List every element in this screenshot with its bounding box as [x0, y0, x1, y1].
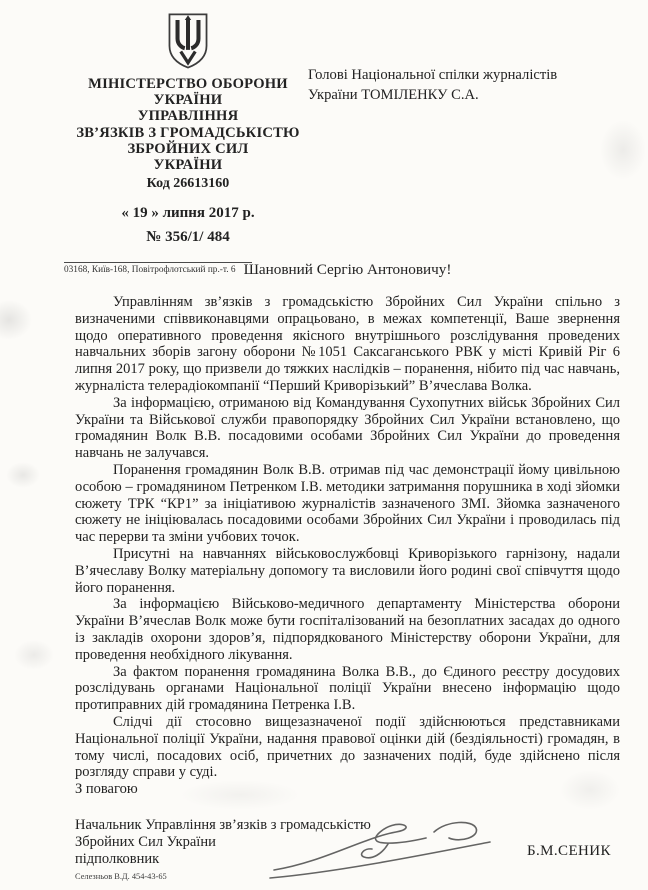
letter-date: « 19 » липня 2017 р. — [62, 205, 314, 222]
org-line: УКРАЇНИ — [62, 92, 314, 108]
body-paragraph: Присутні на навчаннях військовослужбовці… — [75, 546, 620, 596]
scan-smudge — [0, 300, 32, 340]
body-paragraph: Поранення громадянин Волк В.В. отримав п… — [75, 462, 620, 546]
org-line: УКРАЇНИ — [62, 157, 314, 173]
ukraine-trident-emblem-icon — [62, 12, 314, 70]
body-paragraph: За інформацією Військово-медичного депар… — [75, 596, 620, 663]
handwritten-signature-icon — [268, 812, 498, 886]
org-line: МІНІСТЕРСТВО ОБОРОНИ — [62, 76, 314, 92]
body-paragraph: За інформацією, отриманою від Командуван… — [75, 395, 620, 462]
closing-regards: З повагою — [75, 781, 620, 798]
letter-body: Управлінням зв’язків з громадськістю Збр… — [75, 294, 620, 798]
addressee-line: Голові Національної спілки журналістів — [308, 66, 628, 86]
signer-name: Б.М.СЕНИК — [527, 843, 611, 860]
organization-name: МІНІСТЕРСТВО ОБОРОНИ УКРАЇНИ УПРАВЛІННЯ … — [62, 76, 314, 173]
org-line: ЗБРОЙНИХ СИЛ — [62, 141, 314, 157]
org-line: ЗВ’ЯЗКІВ З ГРОМАДСЬКІСТЮ — [62, 125, 314, 141]
scanned-letter-page: МІНІСТЕРСТВО ОБОРОНИ УКРАЇНИ УПРАВЛІННЯ … — [0, 0, 648, 890]
body-paragraph: Слідчі дії стосовно вищезазначеної події… — [75, 714, 620, 781]
org-code: Код 26613160 — [62, 176, 314, 192]
addressee-block: Голові Національної спілки журналістів У… — [308, 66, 628, 105]
body-paragraph: Управлінням зв’язків з громадськістю Збр… — [75, 294, 620, 395]
letterhead: МІНІСТЕРСТВО ОБОРОНИ УКРАЇНИ УПРАВЛІННЯ … — [62, 0, 314, 275]
scan-smudge — [14, 640, 54, 670]
scan-smudge — [6, 462, 40, 488]
body-paragraph: За фактом поранення громадянина Волка В.… — [75, 664, 620, 714]
addressee-line: України ТОМІЛЕНКУ С.А. — [308, 86, 628, 106]
org-line: УПРАВЛІННЯ — [62, 108, 314, 124]
scan-smudge — [600, 120, 646, 180]
letter-ref-number: № 356/1/ 484 — [62, 229, 314, 246]
salutation: Шановний Сергію Антоновичу! — [75, 261, 620, 279]
